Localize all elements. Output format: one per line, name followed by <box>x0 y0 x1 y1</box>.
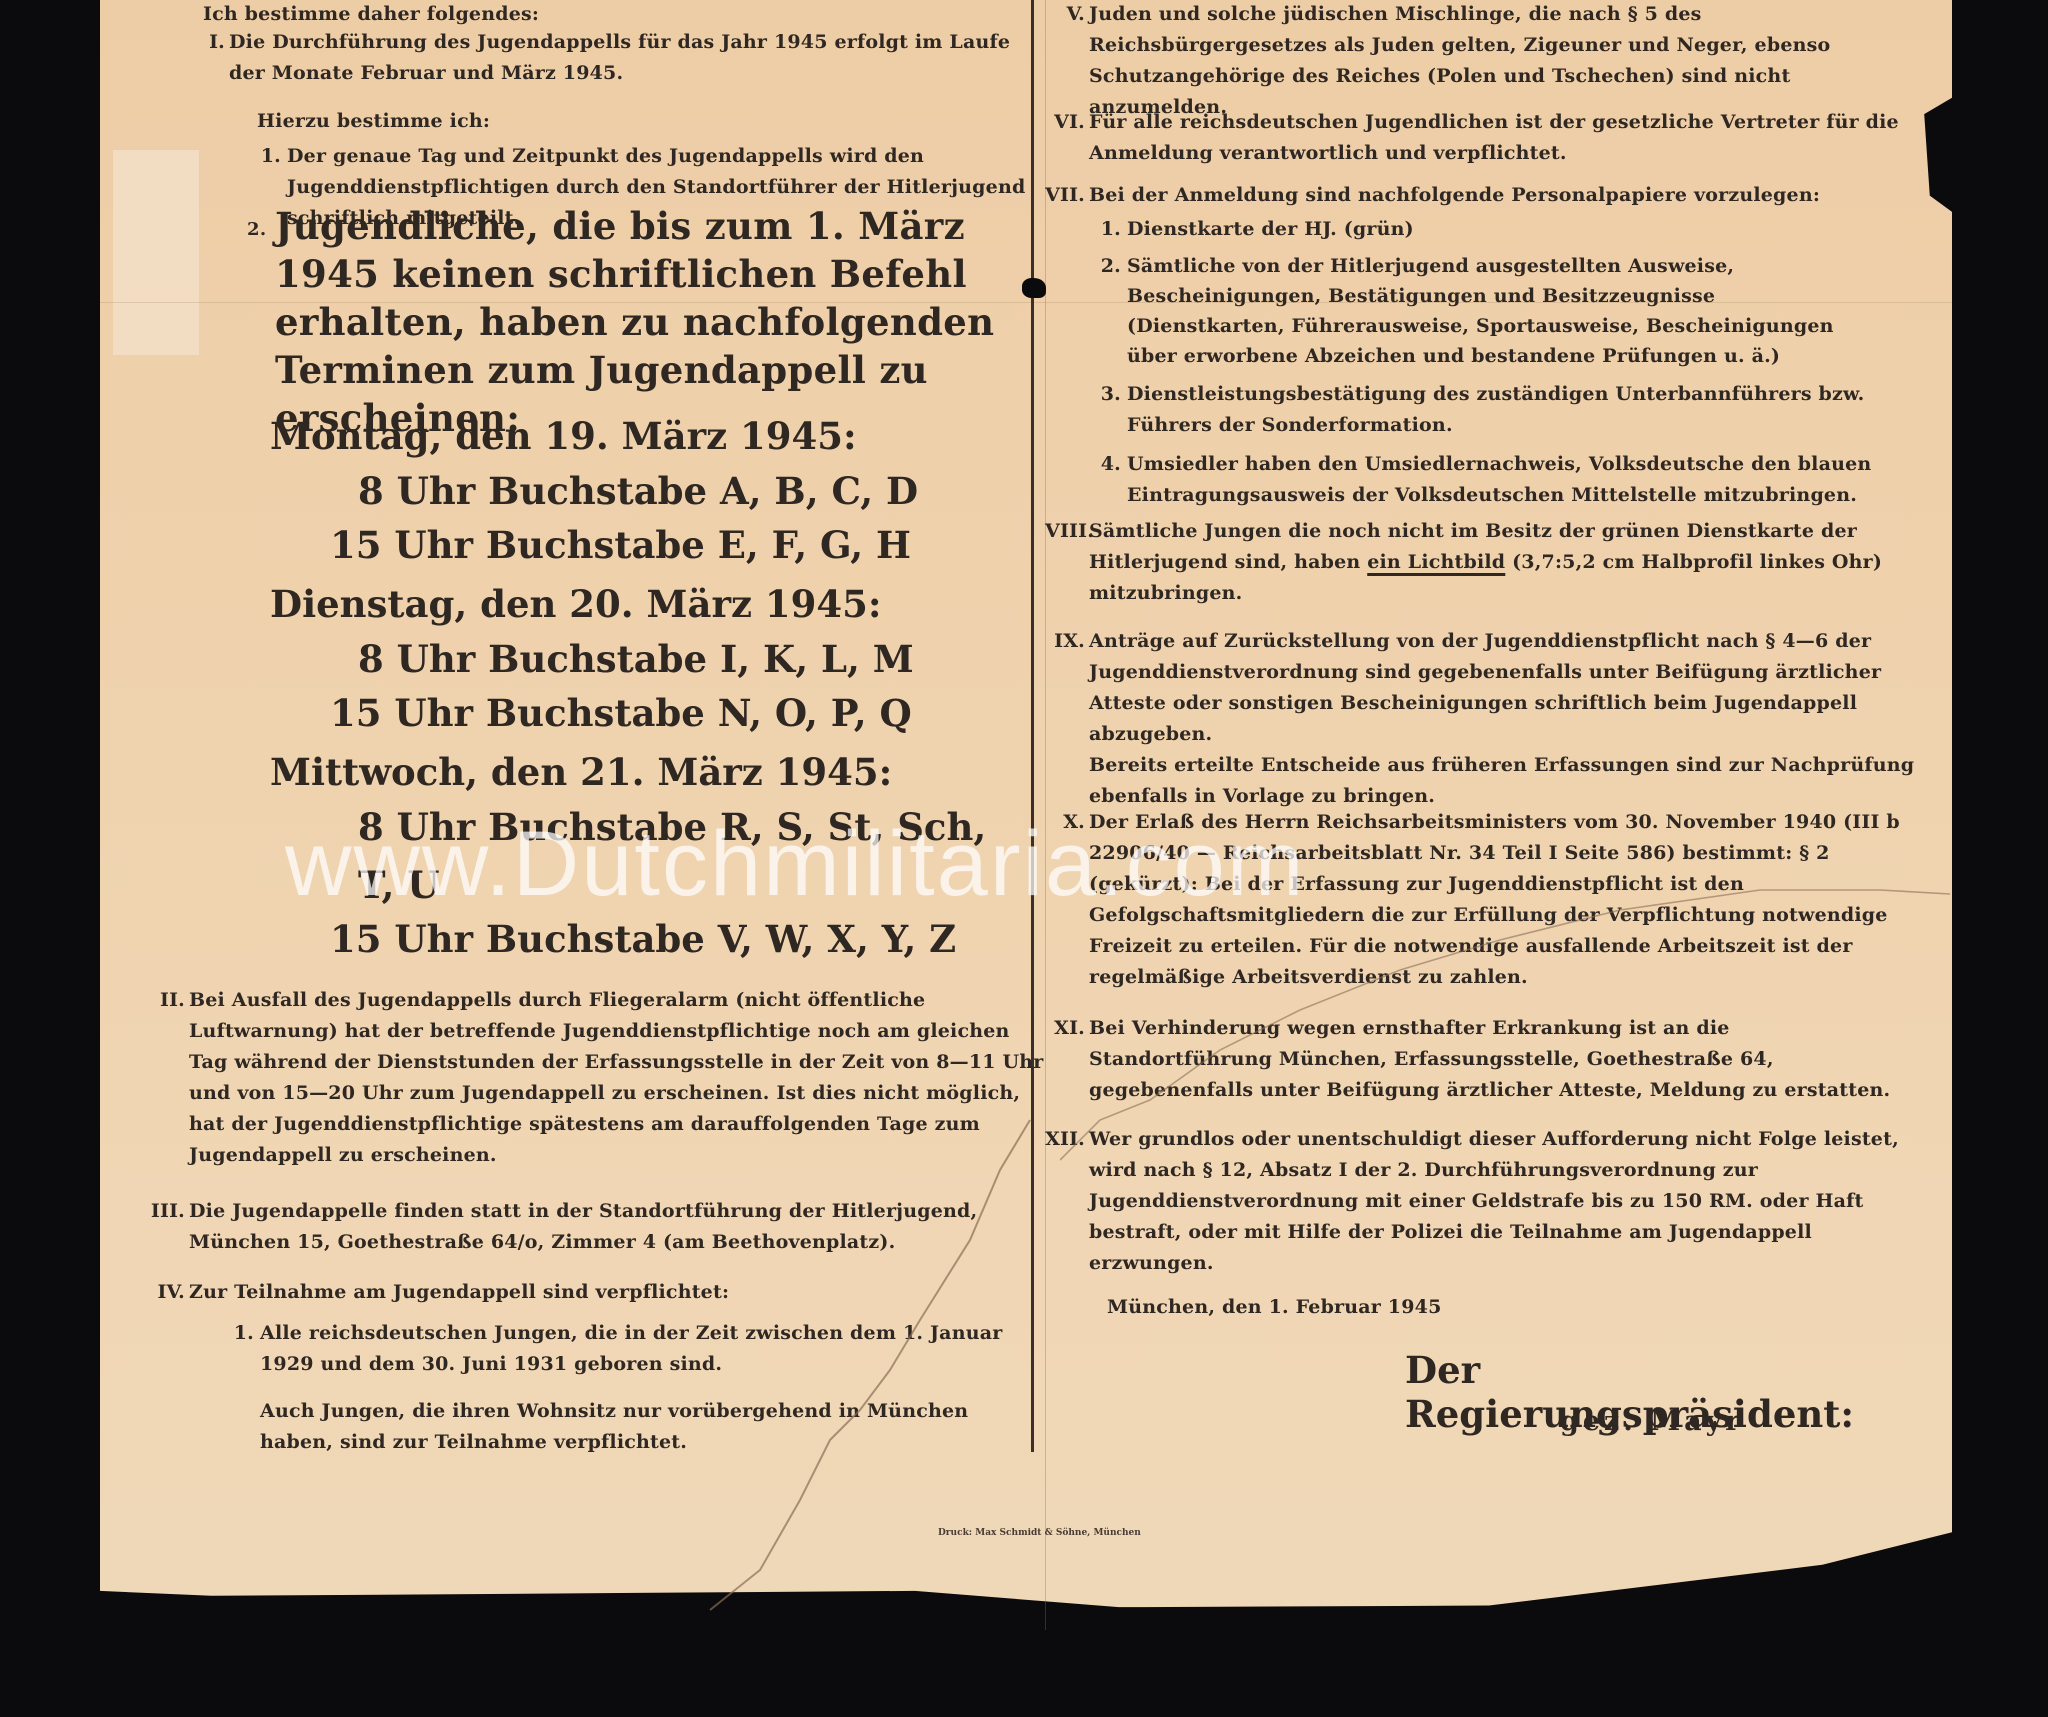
item-number: 1. <box>1097 214 1121 245</box>
section-IV-note: Auch Jungen, die ihren Wohnsitz nur vorü… <box>260 1396 1005 1458</box>
list-item: 1. Dienstkarte der HJ. (grün) <box>1097 214 1877 245</box>
section-number: VI. <box>1045 107 1085 138</box>
item-text: Dienstleistungsbestätigung des zuständig… <box>1127 383 1864 436</box>
section-text: Für alle reichsdeutschen Jugendlichen is… <box>1089 111 1899 164</box>
schedule-slot: 15 Uhr Buchstabe V, W, X, Y, Z <box>270 910 1010 968</box>
item-number: 2. <box>247 206 266 254</box>
section-number: III. <box>145 1196 185 1227</box>
watermark: www.Dutchmilitaria.com <box>285 812 1305 917</box>
section-VIII: VIII. Sämtliche Jungen die noch nicht im… <box>1045 516 1919 609</box>
section-I-item-2: 2. Jugendliche, die bis zum 1. März 1945… <box>275 202 1005 442</box>
section-V: V. Juden und solche jüdischen Mischlinge… <box>1045 0 1919 123</box>
list-item: 2. Sämtliche von der Hitlerjugend ausges… <box>1097 251 1877 371</box>
section-II: II. Bei Ausfall des Jugendappells durch … <box>145 985 1049 1171</box>
item-number: 1. <box>230 1318 254 1349</box>
section-number: VII. <box>1045 180 1085 211</box>
section-VII: VII. Bei der Anmeldung sind nachfolgende… <box>1045 180 1919 211</box>
tape-repair <box>113 150 199 355</box>
schedule-day: Dienstag, den 20. März 1945: <box>270 578 1010 630</box>
item-number: 3. <box>1097 379 1121 410</box>
schedule-day: Montag, den 19. März 1945: <box>270 410 1010 462</box>
printer-imprint: Druck: Max Schmidt & Söhne, München <box>938 1528 1141 1538</box>
section-XI: XI. Bei Verhinderung wegen ernsthafter E… <box>1045 1013 1919 1106</box>
tear-hole <box>1022 278 1046 298</box>
section-VI: VI. Für alle reichsdeutschen Jugendliche… <box>1045 107 1919 169</box>
section-text: Zur Teilnahme am Jugendappell sind verpf… <box>189 1281 729 1303</box>
subheading: Hierzu bestimme ich: <box>257 106 490 137</box>
section-text: Wer grundlos oder unentschuldigt dieser … <box>1089 1128 1899 1274</box>
item-number: 1. <box>257 141 281 172</box>
section-I: I. Die Durchführung des Jugendappells fü… <box>185 27 1049 89</box>
section-number: I. <box>185 27 225 58</box>
schedule-day: Mittwoch, den 21. März 1945: <box>270 746 1010 798</box>
section-number: VIII. <box>1045 516 1085 547</box>
item-number: 2. <box>1097 251 1121 281</box>
section-number: IX. <box>1045 626 1085 657</box>
section-number: XII. <box>1045 1124 1085 1155</box>
place-date: München, den 1. Februar 1945 <box>1107 1292 1442 1323</box>
schedule-slot: 15 Uhr Buchstabe N, O, P, Q <box>270 684 1010 742</box>
section-text: Bei Verhinderung wegen ernsthafter Erkra… <box>1089 1017 1890 1101</box>
signature-name: gez. Mayr <box>1560 1406 1744 1437</box>
section-number: IV. <box>145 1277 185 1308</box>
schedule-slot: 8 Uhr Buchstabe A, B, C, D <box>270 462 1010 520</box>
section-IX: IX. Anträge auf Zurückstellung von der J… <box>1045 626 1919 812</box>
section-text: Anträge auf Zurückstellung von der Jugen… <box>1089 630 1881 745</box>
section-number: II. <box>145 985 185 1016</box>
section-number: V. <box>1045 0 1085 30</box>
schedule-slot: 15 Uhr Buchstabe E, F, G, H <box>270 516 1010 574</box>
section-number: XI. <box>1045 1013 1085 1044</box>
section-text: Juden und solche jüdischen Mischlinge, d… <box>1089 3 1830 118</box>
item-text: Sämtliche von der Hitlerjugend ausgestel… <box>1127 255 1834 367</box>
item-text: Umsiedler haben den Umsiedlernachweis, V… <box>1127 453 1871 506</box>
section-IV-item-1: 1. Alle reichsdeutschen Jungen, die in d… <box>230 1318 1035 1380</box>
schedule-slot: 8 Uhr Buchstabe I, K, L, M <box>270 630 1010 688</box>
section-text: Die Jugendappelle finden statt in der St… <box>189 1200 977 1253</box>
section-XII: XII. Wer grundlos oder unentschuldigt di… <box>1045 1124 1919 1279</box>
item-text: Alle reichsdeutschen Jungen, die in der … <box>260 1322 1002 1375</box>
item-text: Jugendliche, die bis zum 1. März 1945 ke… <box>275 204 994 440</box>
section-text: Die Durchführung des Jugendappells für d… <box>229 31 1010 84</box>
section-IV: IV. Zur Teilnahme am Jugendappell sind v… <box>145 1277 1049 1308</box>
section-III: III. Die Jugendappelle finden statt in d… <box>145 1196 1049 1258</box>
list-item: 3. Dienstleistungsbestätigung des zustän… <box>1097 379 1877 441</box>
section-text: Bei Ausfall des Jugendappells durch Flie… <box>189 989 1044 1166</box>
section-text-2: Bereits erteilte Entscheide aus früheren… <box>1089 750 1919 812</box>
section-text: Bei der Anmeldung sind nachfolgende Pers… <box>1089 184 1820 206</box>
item-number: 4. <box>1097 449 1121 480</box>
underlined-text: ein Lichtbild <box>1367 551 1505 573</box>
intro-text: Ich bestimme daher folgendes: <box>203 0 539 30</box>
item-text: Dienstkarte der HJ. (grün) <box>1127 218 1414 240</box>
section-VII-items: 1. Dienstkarte der HJ. (grün) 2. Sämtlic… <box>1097 214 1877 511</box>
list-item: 4. Umsiedler haben den Umsiedlernachweis… <box>1097 449 1877 511</box>
